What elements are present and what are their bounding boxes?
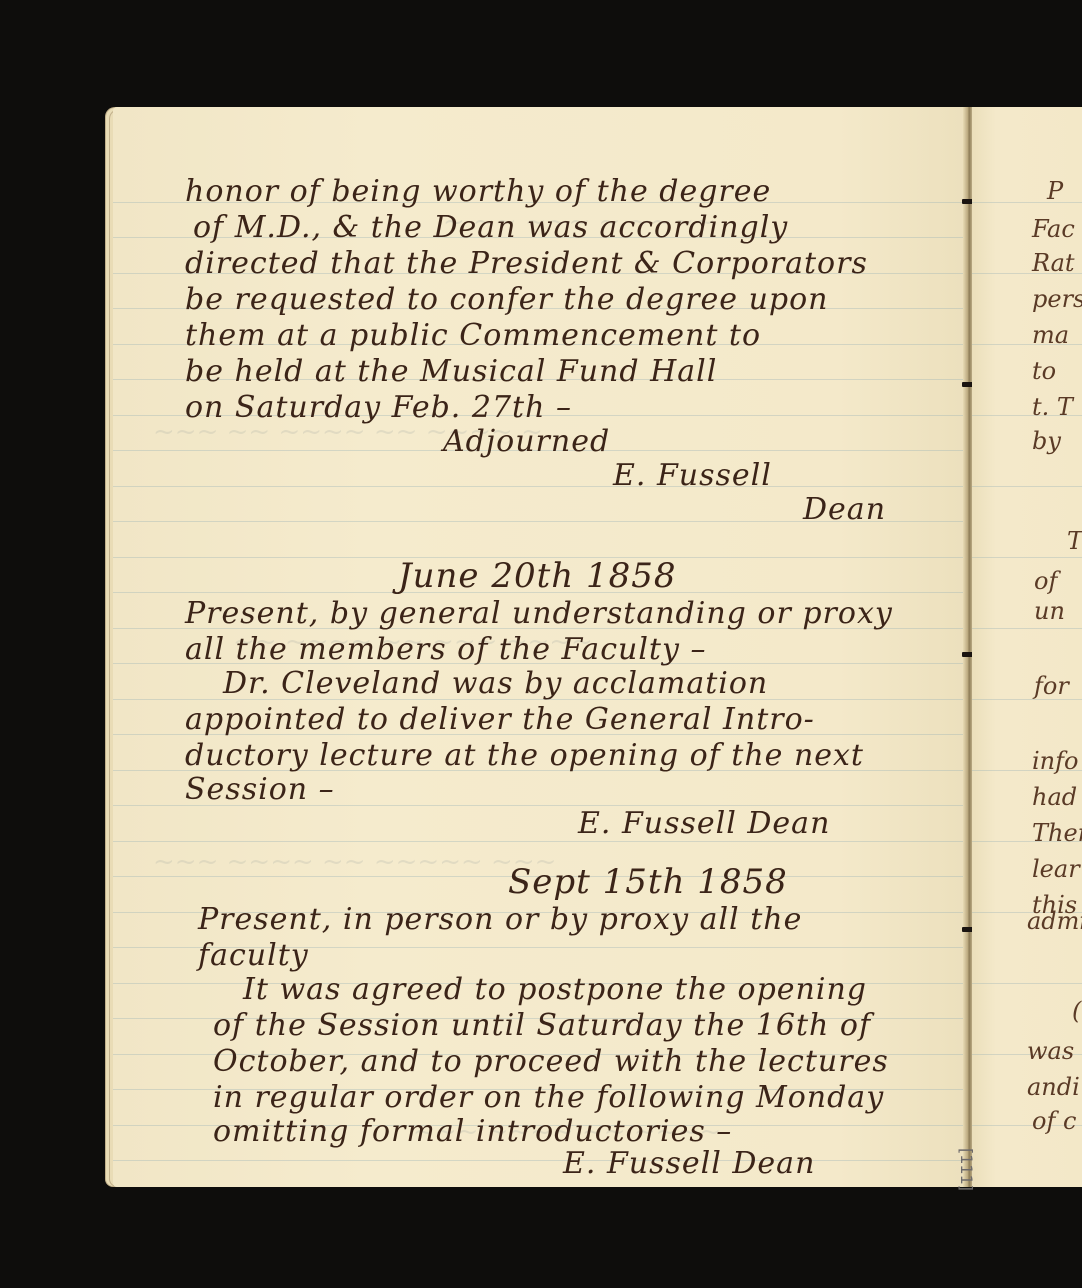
handwritten-line: directed that the President & Corporator… — [185, 247, 868, 281]
handwritten-fragment: was — [1027, 1037, 1074, 1065]
page-number-mark: [111] — [957, 1148, 976, 1191]
handwritten-fragment: admi — [1027, 907, 1082, 935]
handwritten-line: Present, in person or by proxy all the — [198, 903, 802, 937]
handwritten-fragment: lear — [1032, 855, 1080, 883]
dean-signature: E. Fussell Dean — [563, 1147, 815, 1181]
open-notebook: ~ ~~ ~~~ ~ ~~~~ ~~~ ~~ ~~~~ ~~ ~~~~ ~ ~~… — [0, 0, 1082, 1288]
handwritten-fragment: un — [1034, 597, 1065, 625]
handwritten-fragment: ma — [1032, 321, 1069, 349]
handwritten-line: be held at the Musical Fund Hall — [185, 355, 717, 389]
ruled-line — [972, 486, 1082, 487]
entry-date: June 20th 1858 — [398, 559, 677, 593]
handwritten-line: in regular order on the following Monday — [213, 1081, 884, 1115]
handwritten-line: Present, by general understanding or pro… — [185, 597, 893, 631]
handwritten-line: It was agreed to postpone the opening — [243, 973, 867, 1007]
bleed-through-text: ~~~ ~~~~ ~~ ~~~~~ ~~~ — [153, 847, 556, 877]
handwritten-line: ductory lecture at the opening of the ne… — [185, 739, 864, 773]
handwritten-line: them at a public Commencement to — [185, 319, 761, 353]
ruled-line — [972, 628, 1082, 629]
dean-title: Dean — [803, 493, 886, 527]
handwritten-line: Session – — [185, 773, 335, 807]
dean-signature: E. Fussell Dean — [578, 807, 830, 841]
handwritten-line: of M.D., & the Dean was accordingly — [193, 211, 788, 245]
handwritten-fragment: had — [1032, 783, 1077, 811]
handwritten-fragment: ( — [1072, 997, 1081, 1025]
handwritten-fragment: andi — [1027, 1073, 1080, 1101]
handwritten-fragment: T — [1067, 527, 1082, 555]
handwritten-line: faculty — [198, 939, 309, 973]
handwritten-line: all the members of the Faculty – — [185, 633, 706, 667]
ruled-line — [113, 486, 965, 487]
handwritten-fragment: pers — [1032, 285, 1082, 313]
handwritten-line: be requested to confer the degree upon — [185, 283, 829, 317]
ruled-line — [972, 983, 1082, 984]
adjourned-note: Adjourned — [443, 425, 610, 459]
handwritten-line: omitting formal introductories – — [213, 1115, 732, 1149]
dean-signature: E. Fussell — [613, 459, 772, 493]
handwritten-fragment: of c — [1032, 1107, 1076, 1135]
right-page-fragment: P Fac Rat pers ma to t. T by T of un for… — [972, 107, 1082, 1187]
handwritten-fragment: to — [1032, 357, 1056, 385]
handwritten-line: honor of being worthy of the degree — [185, 175, 771, 209]
handwritten-fragment: Ther — [1032, 819, 1082, 847]
handwritten-fragment: P — [1047, 177, 1063, 205]
handwritten-fragment: by — [1032, 427, 1061, 455]
handwritten-line: of the Session until Saturday the 16th o… — [213, 1009, 871, 1043]
left-page: ~ ~~ ~~~ ~ ~~~~ ~~~ ~~ ~~~~ ~~ ~~~~ ~ ~~… — [113, 107, 965, 1187]
handwritten-line: on Saturday Feb. 27th – — [185, 391, 572, 425]
handwritten-fragment: of — [1034, 567, 1057, 595]
handwritten-fragment: Rat — [1032, 249, 1075, 277]
handwritten-line: October, and to proceed with the lecture… — [213, 1045, 889, 1079]
handwritten-fragment: t. T — [1032, 393, 1073, 421]
handwritten-fragment: info — [1032, 747, 1078, 775]
handwritten-fragment: Fac — [1032, 215, 1075, 243]
handwritten-line: appointed to deliver the General Intro- — [185, 703, 815, 737]
entry-date: Sept 15th 1858 — [508, 865, 788, 899]
ruled-line — [972, 202, 1082, 203]
ruled-line — [972, 557, 1082, 558]
ruled-line — [113, 841, 965, 842]
handwritten-line: Dr. Cleveland was by acclamation — [223, 667, 768, 701]
ruled-line — [113, 1160, 965, 1161]
handwritten-fragment: for — [1034, 672, 1069, 700]
